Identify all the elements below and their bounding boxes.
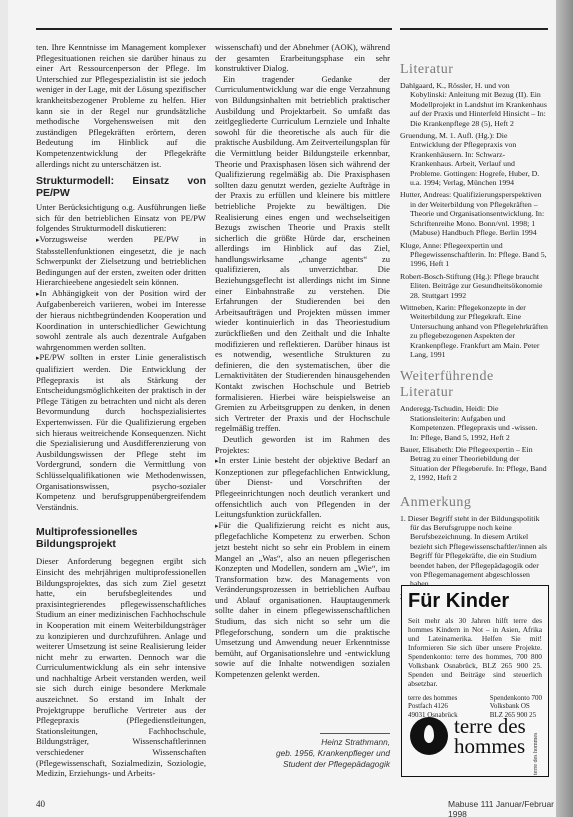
reference-item: Kluge, Anne: Pflegeexpertin und Pflegewi… [400, 241, 548, 269]
note-item: 1. Dieser Begriff steht in der Bildungsp… [400, 514, 548, 589]
bullet-item: In Abhängigkeit von der Position wird de… [36, 288, 206, 353]
address-line: Postfach 4126 [408, 702, 458, 710]
drop-logo-icon [410, 717, 448, 755]
sidebar-column: Literatur Dahlgaard, K., Rössler, H. und… [400, 42, 548, 680]
paragraph: Ein tragender Gedanke der Curriculumentw… [215, 74, 390, 434]
address-line: terre des hommes [408, 694, 458, 702]
author-info: Student der Pflegepädagogik [260, 759, 390, 770]
intro-paragraph: ten. Ihre Kenntnisse im Management kompl… [36, 42, 206, 169]
vertical-ad-label: terre des hommes [533, 715, 545, 775]
address-line: Volksbank OS [490, 702, 542, 710]
anmerkung-heading: Anmerkung [400, 495, 548, 511]
top-rule [36, 28, 392, 30]
ad-text: Seit mehr als 30 Jahren hilft terre des … [408, 616, 542, 688]
page-number: 40 [36, 799, 45, 809]
bullet-item: In erster Linie besteht der objektive Be… [215, 455, 390, 520]
author-signature: Heinz Strathmann, geb. 1956, Krankenpfle… [260, 737, 390, 770]
signature-rule [320, 733, 390, 734]
reference-item: Bauer, Elisabeth: Die Pflegeexpertin – E… [400, 445, 548, 483]
text-column-2: wissenschaft) und der Abnehmer (AOK), wä… [215, 42, 390, 680]
author-info: geb. 1956, Krankenpfleger und [260, 748, 390, 759]
paragraph: Dieser Anforderung begegnen ergibt sich … [36, 556, 206, 778]
address-line: Spendenkonto 700 [490, 694, 542, 702]
top-rule-sidebar [400, 28, 548, 30]
logo-text: terre des hommes [454, 716, 526, 756]
bullet-item: Für die Qualifizierung reicht es nicht a… [215, 520, 390, 680]
text-column-1: ten. Ihre Kenntnisse im Management kompl… [36, 42, 206, 779]
reference-item: Robert-Bosch-Stiftung (Hg.): Pflege brau… [400, 272, 548, 300]
reference-item: Dahlgaard, K., Rössler, H. und von Kobyl… [400, 81, 548, 128]
weiterfuehrende-literatur-heading: Weiterführende Literatur [400, 369, 548, 401]
page-edge-shadow [556, 0, 573, 817]
section-heading: Multiprofessionelles Bildungsprojekt [36, 526, 206, 550]
reference-item: Anderegg-Tschudin, Heidi: Die Stationsle… [400, 404, 548, 442]
section-heading: Strukturmodell: Einsatz von PE/PW [36, 175, 206, 199]
reference-item: Wittneben, Karin: Pflegekonzepte in der … [400, 303, 548, 359]
reference-item: Hutter, Andreas: Qualifizierungsperspekt… [400, 190, 548, 237]
paragraph: wissenschaft) und der Abnehmer (AOK), wä… [215, 42, 390, 74]
paragraph: Deutlich geworden ist im Rahmen des Proj… [215, 434, 390, 455]
logo-line: terre des [454, 716, 526, 736]
reference-item: Gruendung, M. 1. Aufl. (Hg.): Die Entwic… [400, 131, 548, 187]
ad-heading: Für Kinder [408, 590, 548, 612]
issue-footer: Mabuse 111 Januar/Februar 1998 [448, 799, 573, 817]
logo-line: hommes [454, 736, 526, 756]
author-name: Heinz Strathmann, [260, 737, 390, 748]
terre-des-hommes-ad: Für Kinder Seit mehr als 30 Jahren hilft… [401, 585, 549, 777]
bullet-item: PE/PW sollten in erster Linie generalist… [36, 352, 206, 512]
bullet-item: Vorzugsweise werden PE/PW in Stabsstelle… [36, 234, 206, 288]
literatur-heading: Literatur [400, 62, 548, 78]
paragraph: Unter Berücksichtigung o.g. Ausführungen… [36, 202, 206, 234]
terre-des-hommes-logo: terre des hommes [410, 716, 526, 756]
